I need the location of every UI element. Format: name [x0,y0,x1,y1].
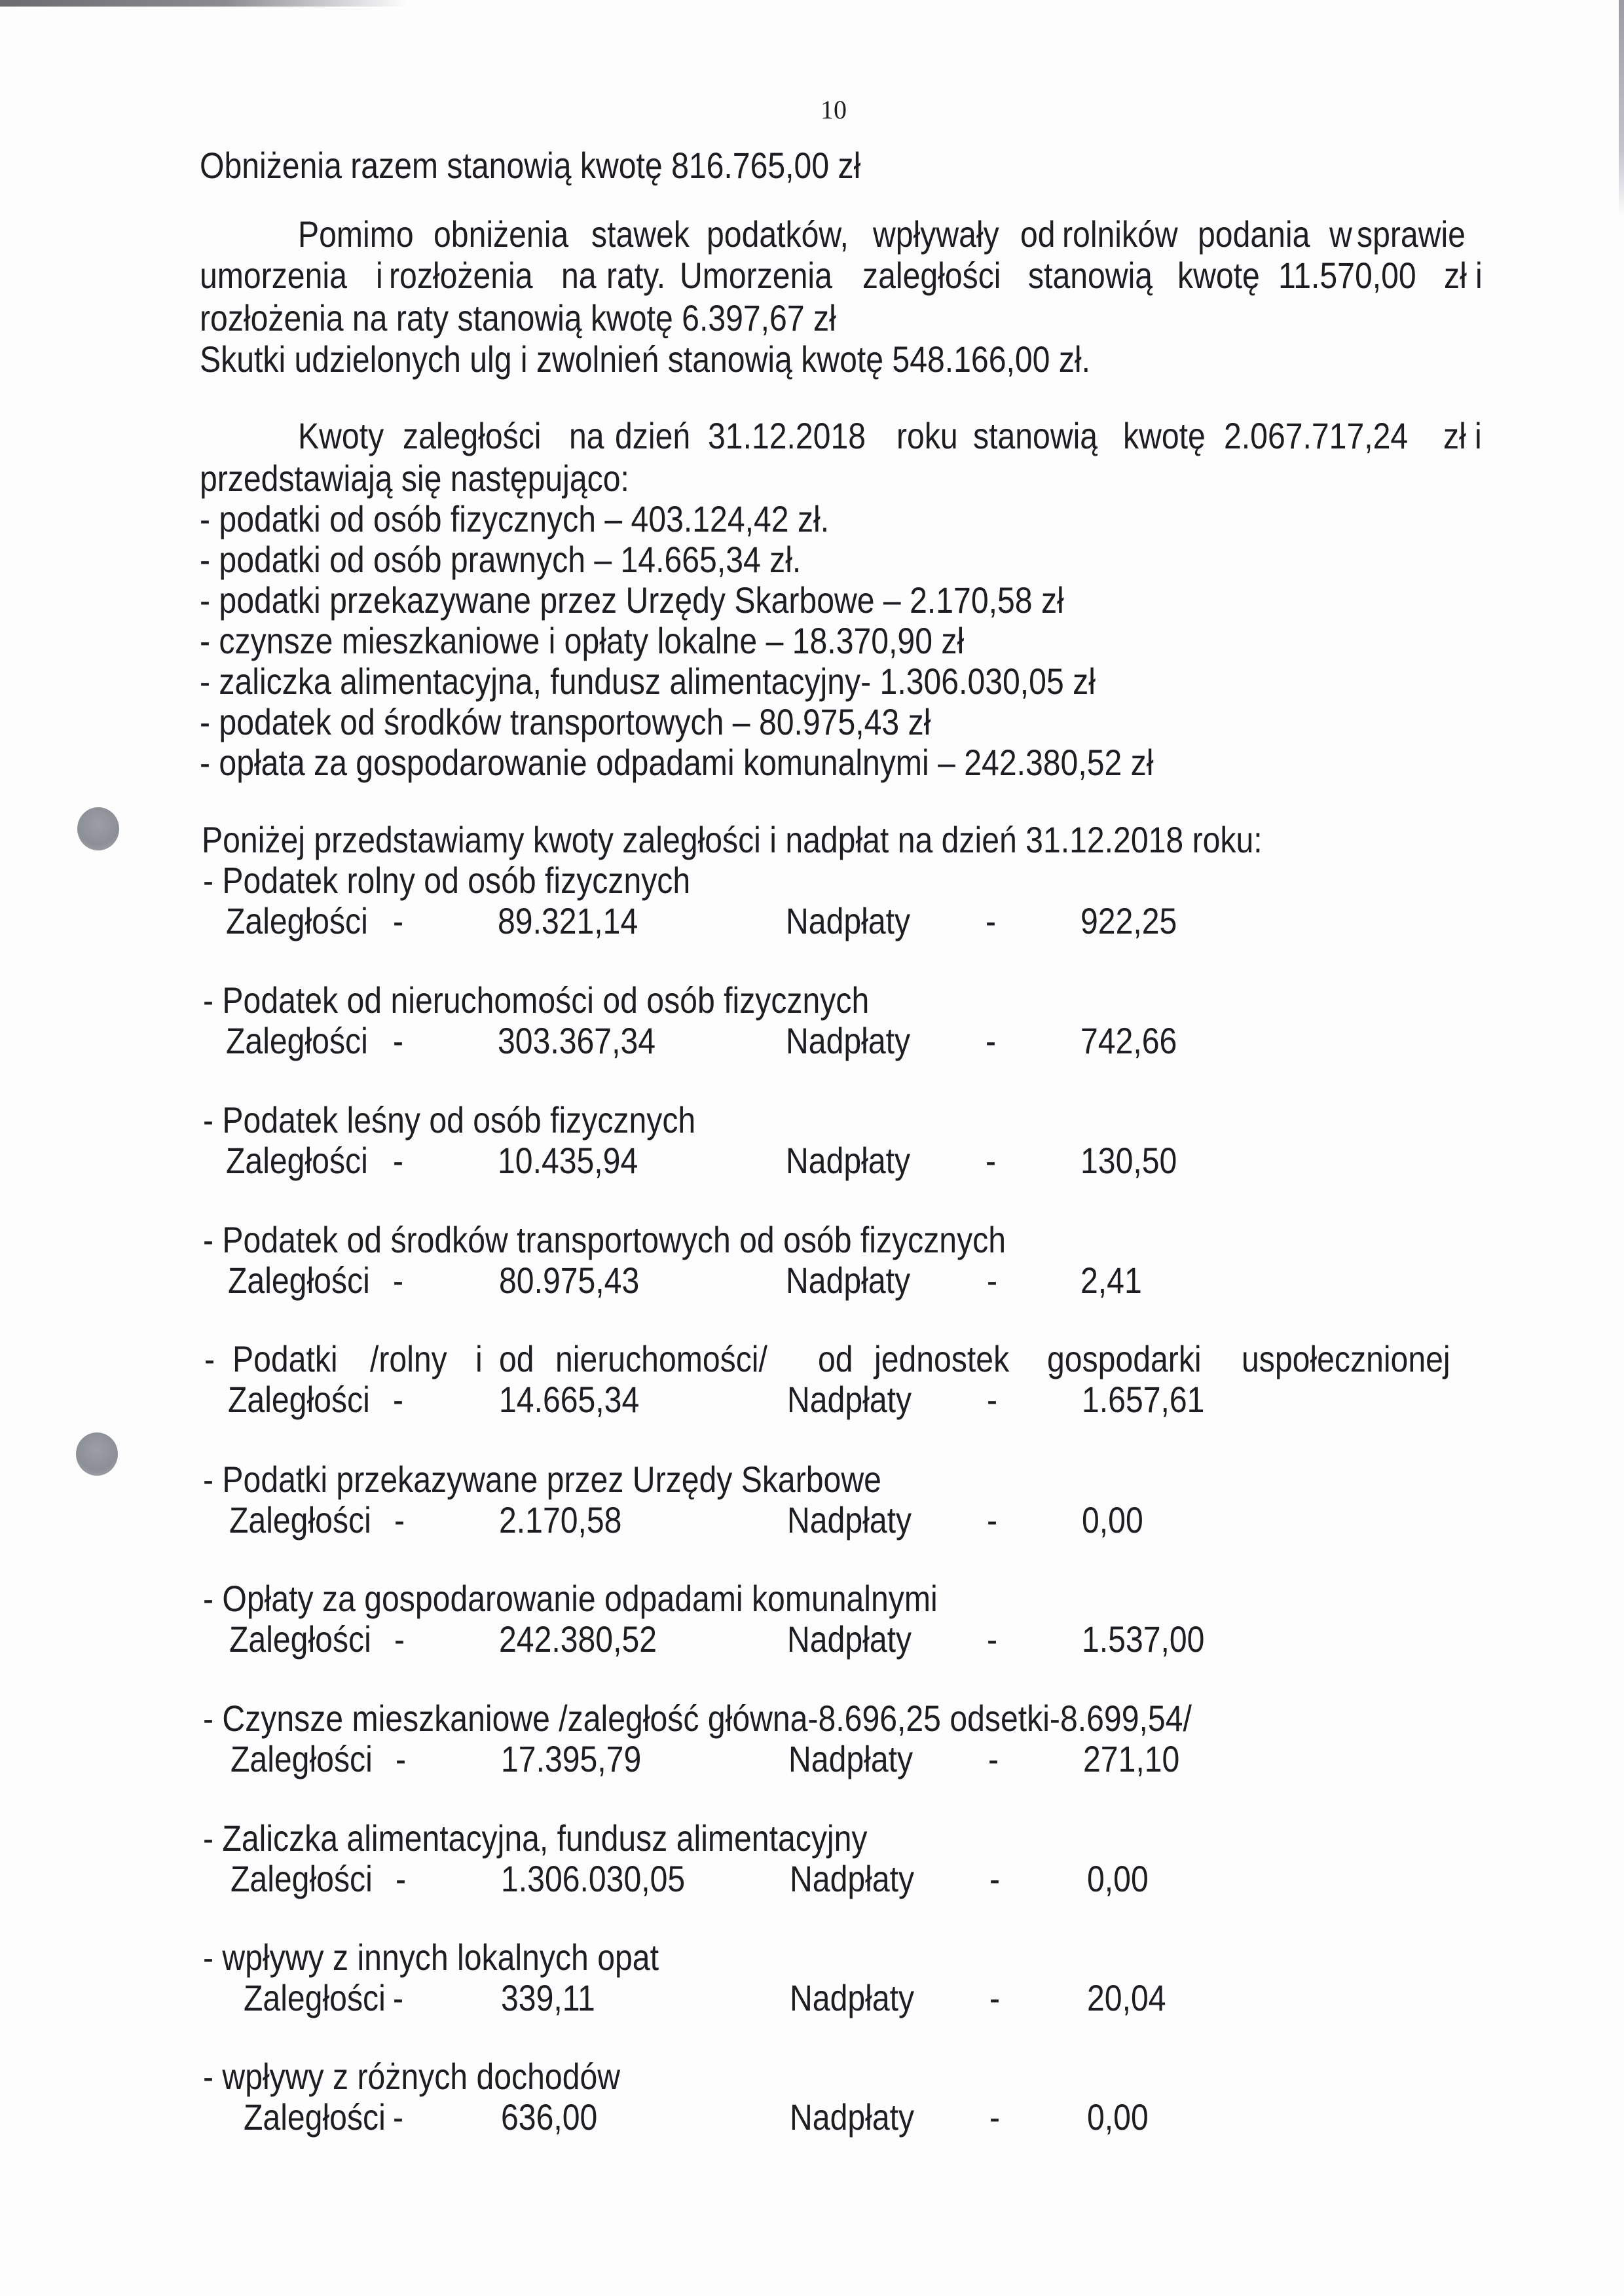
word: podatków, [707,216,849,253]
overpayments-label: Nadpłaty [790,1861,914,1897]
separator-dash: - [987,1381,997,1418]
overpayments-label: Nadpłaty [787,1502,912,1539]
separator-dash: - [396,1861,406,1897]
word: podania [1198,216,1310,253]
arrears-label: Zaległości [226,903,368,939]
scan-shadow-right [1619,0,1624,216]
word: - [204,1341,215,1377]
word: 2.067.717,24 [1224,418,1408,454]
word: i [1475,418,1482,454]
page-number: 10 [821,97,847,123]
arrears-label: Zaległości [228,1262,370,1299]
arrears-label: Zaległości [231,1861,373,1897]
scanned-document-page: 10 Obniżenia razem stanowią kwotę 816.76… [0,0,1624,2296]
overpayments-label: Nadpłaty [786,1142,910,1179]
overpayments-value: 0,00 [1087,2099,1149,2136]
word: na [561,257,597,294]
overpayments-value: 2,41 [1080,1262,1142,1299]
tax-category-title: - Podatek leśny od osób fizycznych [203,1102,695,1139]
word: nieruchomości/ [555,1341,767,1377]
word: kwotę [1177,257,1260,294]
tax-category-title: - Czynsze mieszkaniowe /zaległość główna… [203,1700,1192,1737]
separator-dash: - [394,1621,405,1658]
separator-dash: - [393,903,403,939]
word: Podatki [232,1341,338,1377]
overpayments-value: 1.657,61 [1082,1381,1204,1418]
arrears-value: 2.170,58 [499,1502,621,1539]
word: stawek [591,216,690,253]
tax-category-title: - wpływy z różnych dochodów [203,2058,620,2095]
overpayments-value: 0,00 [1082,1502,1143,1539]
paragraph-1-line-4: Skutki udzielonych ulg i zwolnień stanow… [200,341,1090,378]
word: 11.570,00 [1278,257,1416,294]
word: zł [1444,257,1467,294]
separator-dash: - [393,1262,403,1299]
word: od [818,1341,853,1377]
separator-dash: - [393,2099,403,2136]
arrears-breakdown-item: - podatki od osób prawnych – 14.665,34 z… [200,541,801,578]
arrears-value: 636,00 [501,2099,597,2136]
word: raty. [606,257,665,294]
word: dzień [615,418,690,454]
word: na [569,418,604,454]
separator-dash: - [987,1621,997,1658]
arrears-value: 89.321,14 [498,903,638,939]
paragraph-2-line-1: Kwotyzaległościnadzień31.12.2018rokustan… [298,418,1483,454]
overpayments-label: Nadpłaty [786,1262,910,1299]
arrears-value: 10.435,94 [498,1142,638,1179]
arrears-breakdown-item: - opłata za gospodarowanie odpadami komu… [200,744,1153,781]
separator-dash: - [987,1262,997,1299]
separator-dash: - [393,1142,403,1179]
word: 31.12.2018 [708,418,866,454]
tax-category-title: - Podatek od środków transportowych od o… [203,1222,1006,1258]
arrears-label: Zaległości [229,1621,371,1658]
word: /rolny [370,1341,447,1377]
arrears-breakdown-item: - zaliczka alimentacyjna, fundusz alimen… [200,663,1096,700]
tax-category-title: - Podatek rolny od osób fizycznych [203,862,690,899]
word: obniżenia [434,216,568,253]
separator-dash: - [396,1741,406,1777]
arrears-breakdown-item: - podatek od środków transportowych – 80… [200,704,931,740]
arrears-overpayments-intro: Poniżej przedstawiamy kwoty zaległości i… [202,822,1263,858]
arrears-label: Zaległości [244,1980,386,2016]
overpayments-value: 0,00 [1087,1861,1149,1897]
separator-dash: - [393,1980,403,2016]
tax-category-title: - Zaliczka alimentacyjna, fundusz alimen… [203,1820,867,1857]
arrears-breakdown-item: - podatki od osób fizycznych – 403.124,4… [200,501,829,538]
word: zaległości [403,418,541,454]
word: rolników [1062,216,1178,253]
overpayments-label: Nadpłaty [790,2099,914,2136]
tax-category-title: - Opłaty za gospodarowanie odpadami komu… [203,1580,938,1617]
word: Pomimo [298,216,414,253]
arrears-label: Zaległości [226,1023,368,1059]
separator-dash: - [394,1502,405,1539]
separator-dash: - [986,1142,996,1179]
separator-dash: - [987,1502,997,1539]
word: od [499,1341,534,1377]
paragraph-1-line-2: umorzeniairozłożenianaraty.Umorzeniazale… [200,257,1483,294]
arrears-label: Zaległości [228,1381,370,1418]
arrears-value: 242.380,52 [499,1621,657,1658]
word: od [1020,216,1056,253]
word: stanowią [1028,257,1153,294]
arrears-label: Zaległości [244,2099,386,2136]
arrears-value: 303.367,34 [498,1023,655,1059]
overpayments-label: Nadpłaty [790,1980,914,2016]
word: stanowią [973,418,1098,454]
overpayments-label: Nadpłaty [787,1621,912,1658]
overpayments-value: 742,66 [1080,1023,1177,1059]
tax-category-title: - Podatek od nieruchomości od osób fizyc… [203,982,869,1019]
arrears-value: 339,11 [501,1980,595,2016]
arrears-breakdown-item: - podatki przekazywane przez Urzędy Skar… [200,582,1064,619]
arrears-value: 14.665,34 [499,1381,639,1418]
tax-category-title: - wpływy z innych lokalnych opat [203,1939,659,1976]
word: Umorzenia [680,257,832,294]
word: i [376,257,383,294]
arrears-label: Zaległości [229,1502,371,1539]
overpayments-value: 1.537,00 [1082,1621,1204,1658]
word: w [1329,216,1352,253]
overpayments-label: Nadpłaty [788,1741,913,1777]
word: zaległości [862,257,1001,294]
separator-dash: - [393,1023,403,1059]
paragraph-1-line-1: Pomimoobniżeniastawekpodatków,wpływałyod… [298,216,1483,253]
scan-shadow-top [0,0,406,7]
word: Kwoty [298,418,384,454]
reductions-total-line: Obniżenia razem stanowią kwotę 816.765,0… [200,147,860,184]
word: sprawie [1357,216,1466,253]
arrears-value: 1.306.030,05 [501,1861,685,1897]
overpayments-label: Nadpłaty [786,1023,910,1059]
word: umorzenia [200,257,347,294]
arrears-breakdown-item: - czynsze mieszkaniowe i opłaty lokalne … [200,623,964,659]
tax-category-title: -Podatki/rolnyiodnieruchomości/odjednost… [204,1341,1485,1377]
overpayments-value: 130,50 [1080,1142,1177,1179]
separator-dash: - [393,1381,403,1418]
word: roku [896,418,958,454]
word: zł [1443,418,1466,454]
punch-hole [77,807,119,850]
word: gospodarki [1047,1341,1202,1377]
paragraph-2-line-2: przedstawiają się następująco: [200,460,629,497]
word: jednostek [874,1341,1009,1377]
overpayments-value: 20,04 [1087,1980,1166,2016]
separator-dash: - [989,1980,1000,2016]
arrears-value: 80.975,43 [499,1262,639,1299]
arrears-value: 17.395,79 [501,1741,641,1777]
separator-dash: - [989,1861,1000,1897]
separator-dash: - [989,2099,1000,2136]
word: kwotę [1123,418,1206,454]
word: rozłożenia [389,257,533,294]
overpayments-label: Nadpłaty [786,903,910,939]
tax-category-title: - Podatki przekazywane przez Urzędy Skar… [203,1461,881,1498]
arrears-label: Zaległości [231,1741,373,1777]
separator-dash: - [986,903,996,939]
word: i [475,1341,483,1377]
overpayments-value: 271,10 [1083,1741,1179,1777]
separator-dash: - [986,1023,996,1059]
punch-hole [76,1432,118,1476]
word: wpływały [873,216,999,253]
paragraph-1-line-3: rozłożenia na raty stanowią kwotę 6.397,… [200,300,836,337]
separator-dash: - [988,1741,999,1777]
overpayments-label: Nadpłaty [787,1381,912,1418]
word: i [1475,257,1483,294]
arrears-label: Zaległości [226,1142,368,1179]
word: uspołecznionej [1242,1341,1450,1377]
overpayments-value: 922,25 [1080,903,1177,939]
